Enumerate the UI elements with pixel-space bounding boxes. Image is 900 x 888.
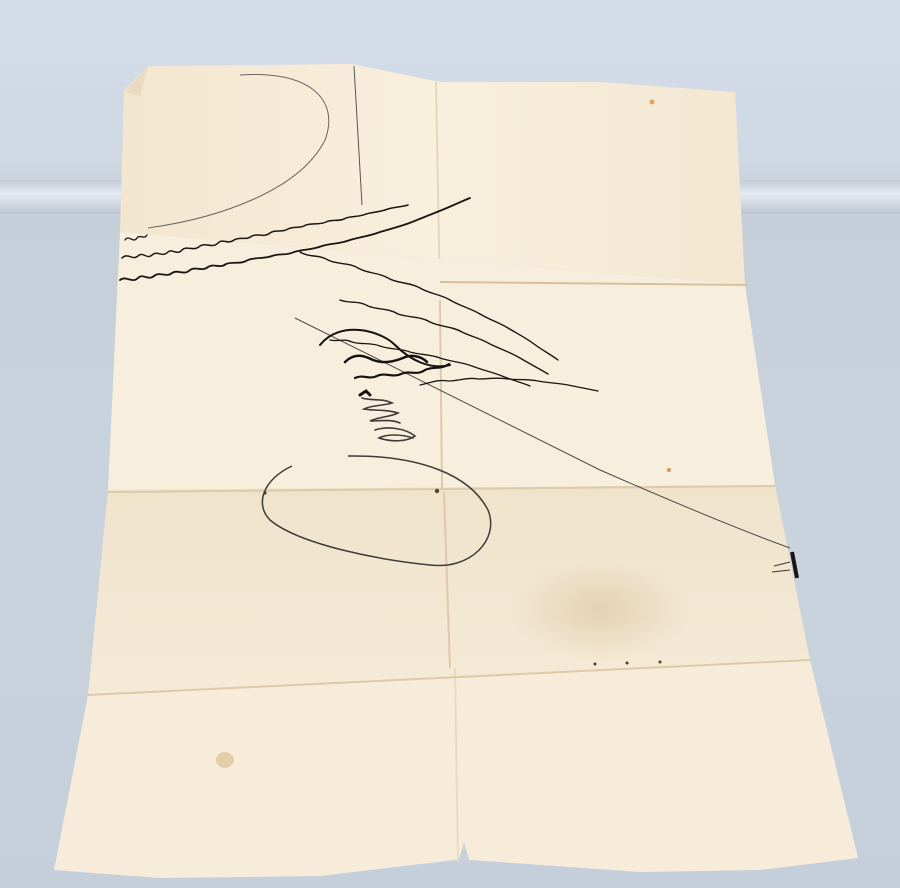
document-photo xyxy=(0,0,900,888)
paper-bottom-panel xyxy=(54,660,858,878)
